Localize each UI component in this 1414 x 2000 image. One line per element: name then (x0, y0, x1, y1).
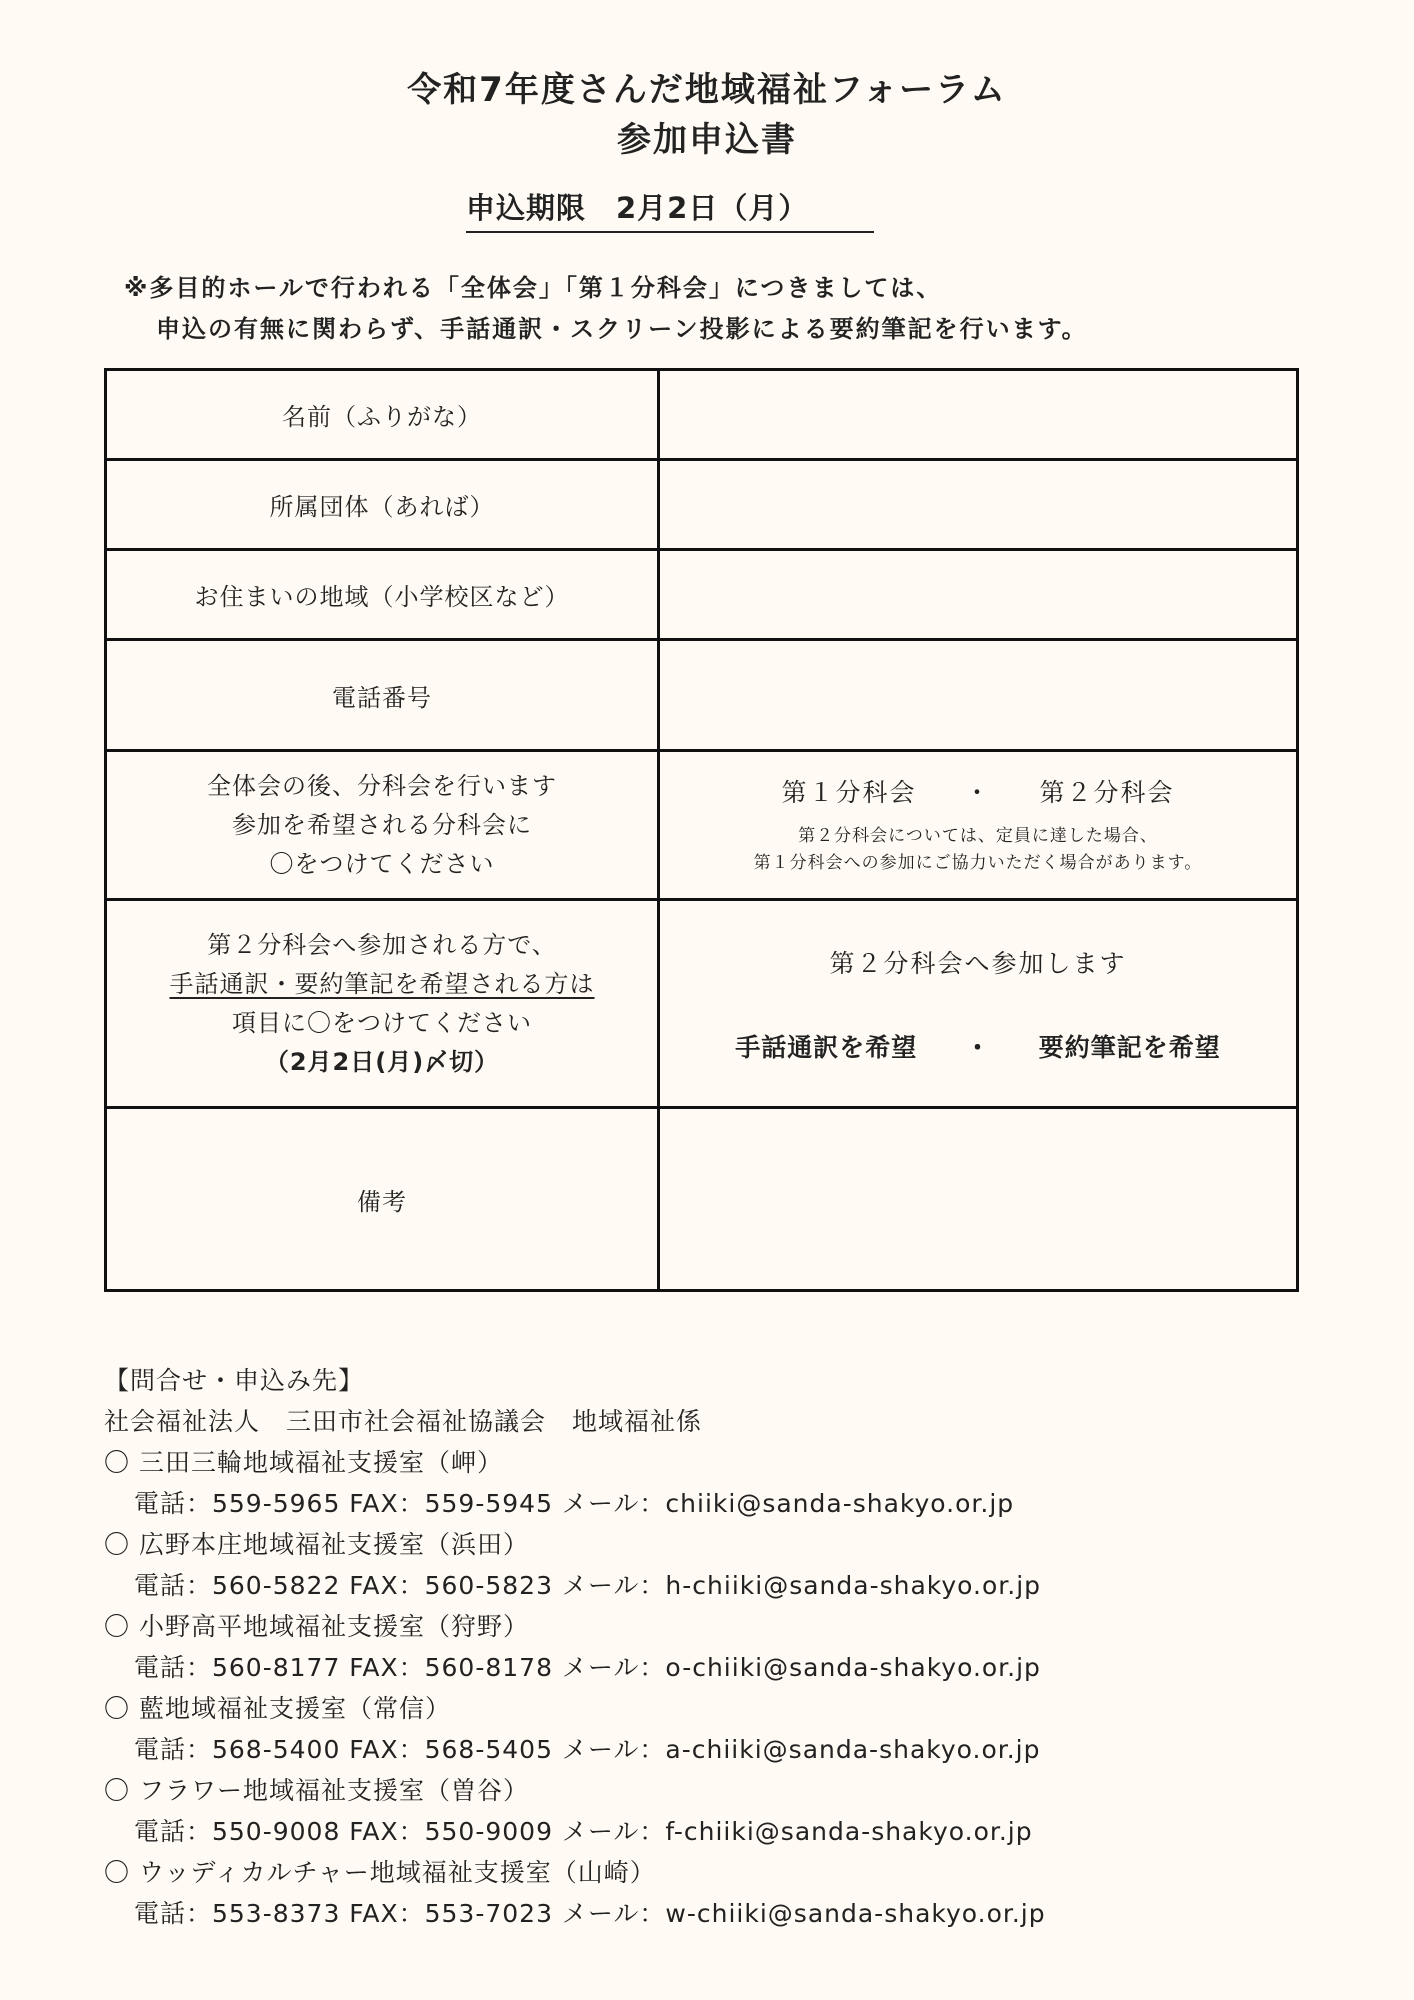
session-label: 全体会の後、分科会を行います 参加を希望される分科会に 〇をつけてください (106, 751, 659, 900)
session-label-line-1: 全体会の後、分科会を行います (107, 767, 657, 806)
contact-organization: 社会福祉法人 三田市社会福祉協議会 地域福祉係 (104, 1401, 1046, 1442)
office-detail: 電話：553-8373 FAX：553-7023 メール：w-chiiki@sa… (104, 1893, 1046, 1934)
organization-field[interactable] (659, 460, 1298, 550)
form-row-area: お住まいの地域（小学校区など） (106, 550, 1298, 640)
session-note-line-2: 第１分科会への参加にご協力いただく場合があります。 (660, 850, 1296, 877)
session-option-1[interactable]: 第１分科会 (782, 778, 917, 807)
session-choice-cell: 第１分科会 ・ 第２分科会 第２分科会については、定員に達した場合、 第１分科会… (659, 751, 1298, 900)
separator-dot: ・ (964, 773, 991, 809)
deadline-label: 申込期限 2月2日（月） (466, 186, 874, 233)
name-label: 名前（ふりがな） (106, 370, 659, 460)
form-row-organization: 所属団体（あれば） (106, 460, 1298, 550)
organization-label: 所属団体（あれば） (106, 460, 659, 550)
office-name: 〇 ウッディカルチャー地域福祉支援室（山崎） (104, 1852, 1046, 1893)
remarks-field[interactable] (659, 1108, 1298, 1291)
application-form-table: 名前（ふりがな） 所属団体（あれば） お住まいの地域（小学校区など） 電話番号 … (104, 368, 1299, 1292)
support-label-line-3: 項目に〇をつけてください (107, 1004, 657, 1043)
page-title: 令和7年度さんだ地域福祉フォーラム (0, 62, 1414, 111)
area-label: お住まいの地域（小学校区など） (106, 550, 659, 640)
office-detail: 電話：550-9008 FAX：550-9009 メール：f-chiiki@sa… (104, 1811, 1046, 1852)
office-name: 〇 藍地域福祉支援室（常信） (104, 1688, 1046, 1729)
form-row-session: 全体会の後、分科会を行います 参加を希望される分科会に 〇をつけてください 第１… (106, 751, 1298, 900)
support-label-line-2: 手話通訳・要約筆記を希望される方は (107, 965, 657, 1004)
notice-line-2: 申込の有無に関わらず、手話通訳・スクリーン投影による要約筆記を行います。 (156, 309, 1088, 344)
form-row-phone: 電話番号 (106, 640, 1298, 751)
phone-label: 電話番号 (106, 640, 659, 751)
separator-dot: ・ (965, 1028, 991, 1064)
page-subtitle: 参加申込書 (0, 112, 1414, 161)
office-name: 〇 小野高平地域福祉支援室（狩野） (104, 1606, 1046, 1647)
support-label: 第２分科会へ参加される方で、 手話通訳・要約筆記を希望される方は 項目に〇をつけ… (106, 900, 659, 1108)
remarks-label: 備考 (106, 1108, 659, 1291)
support-deadline: （2月2日(月)〆切） (107, 1043, 657, 1082)
office-detail: 電話：568-5400 FAX：568-5405 メール：a-chiiki@sa… (104, 1729, 1046, 1770)
join-session-2-text: 第２分科会へ参加します (660, 944, 1296, 980)
contact-heading: 【問合せ・申込み先】 (104, 1360, 1046, 1401)
session-option-2[interactable]: 第２分科会 (1039, 778, 1174, 807)
form-row-name: 名前（ふりがな） (106, 370, 1298, 460)
support-choice-cell: 第２分科会へ参加します 手話通訳を希望 ・ 要約筆記を希望 (659, 900, 1298, 1108)
office-detail: 電話：559-5965 FAX：559-5945 メール：chiiki@sand… (104, 1483, 1046, 1524)
office-detail: 電話：560-5822 FAX：560-5823 メール：h-chiiki@sa… (104, 1565, 1046, 1606)
area-field[interactable] (659, 550, 1298, 640)
session-label-line-2: 参加を希望される分科会に (107, 806, 657, 845)
phone-field[interactable] (659, 640, 1298, 751)
form-row-remarks: 備考 (106, 1108, 1298, 1291)
contact-section: 【問合せ・申込み先】 社会福祉法人 三田市社会福祉協議会 地域福祉係 〇 三田三… (104, 1360, 1046, 1934)
office-name: 〇 広野本庄地域福祉支援室（浜田） (104, 1524, 1046, 1565)
sign-language-option[interactable]: 手話通訳を希望 (735, 1033, 917, 1062)
office-name: 〇 三田三輪地域福祉支援室（岬） (104, 1442, 1046, 1483)
notice-line-1: ※多目的ホールで行われる「全体会」「第１分科会」につきましては、 (124, 268, 942, 303)
session-note-line-1: 第２分科会については、定員に達した場合、 (660, 823, 1296, 850)
form-row-support: 第２分科会へ参加される方で、 手話通訳・要約筆記を希望される方は 項目に〇をつけ… (106, 900, 1298, 1108)
office-detail: 電話：560-8177 FAX：560-8178 メール：o-chiiki@sa… (104, 1647, 1046, 1688)
support-label-line-1: 第２分科会へ参加される方で、 (107, 926, 657, 965)
name-field[interactable] (659, 370, 1298, 460)
session-label-line-3: 〇をつけてください (107, 845, 657, 884)
summary-writing-option[interactable]: 要約筆記を希望 (1039, 1033, 1221, 1062)
office-name: 〇 フラワー地域福祉支援室（曽谷） (104, 1770, 1046, 1811)
